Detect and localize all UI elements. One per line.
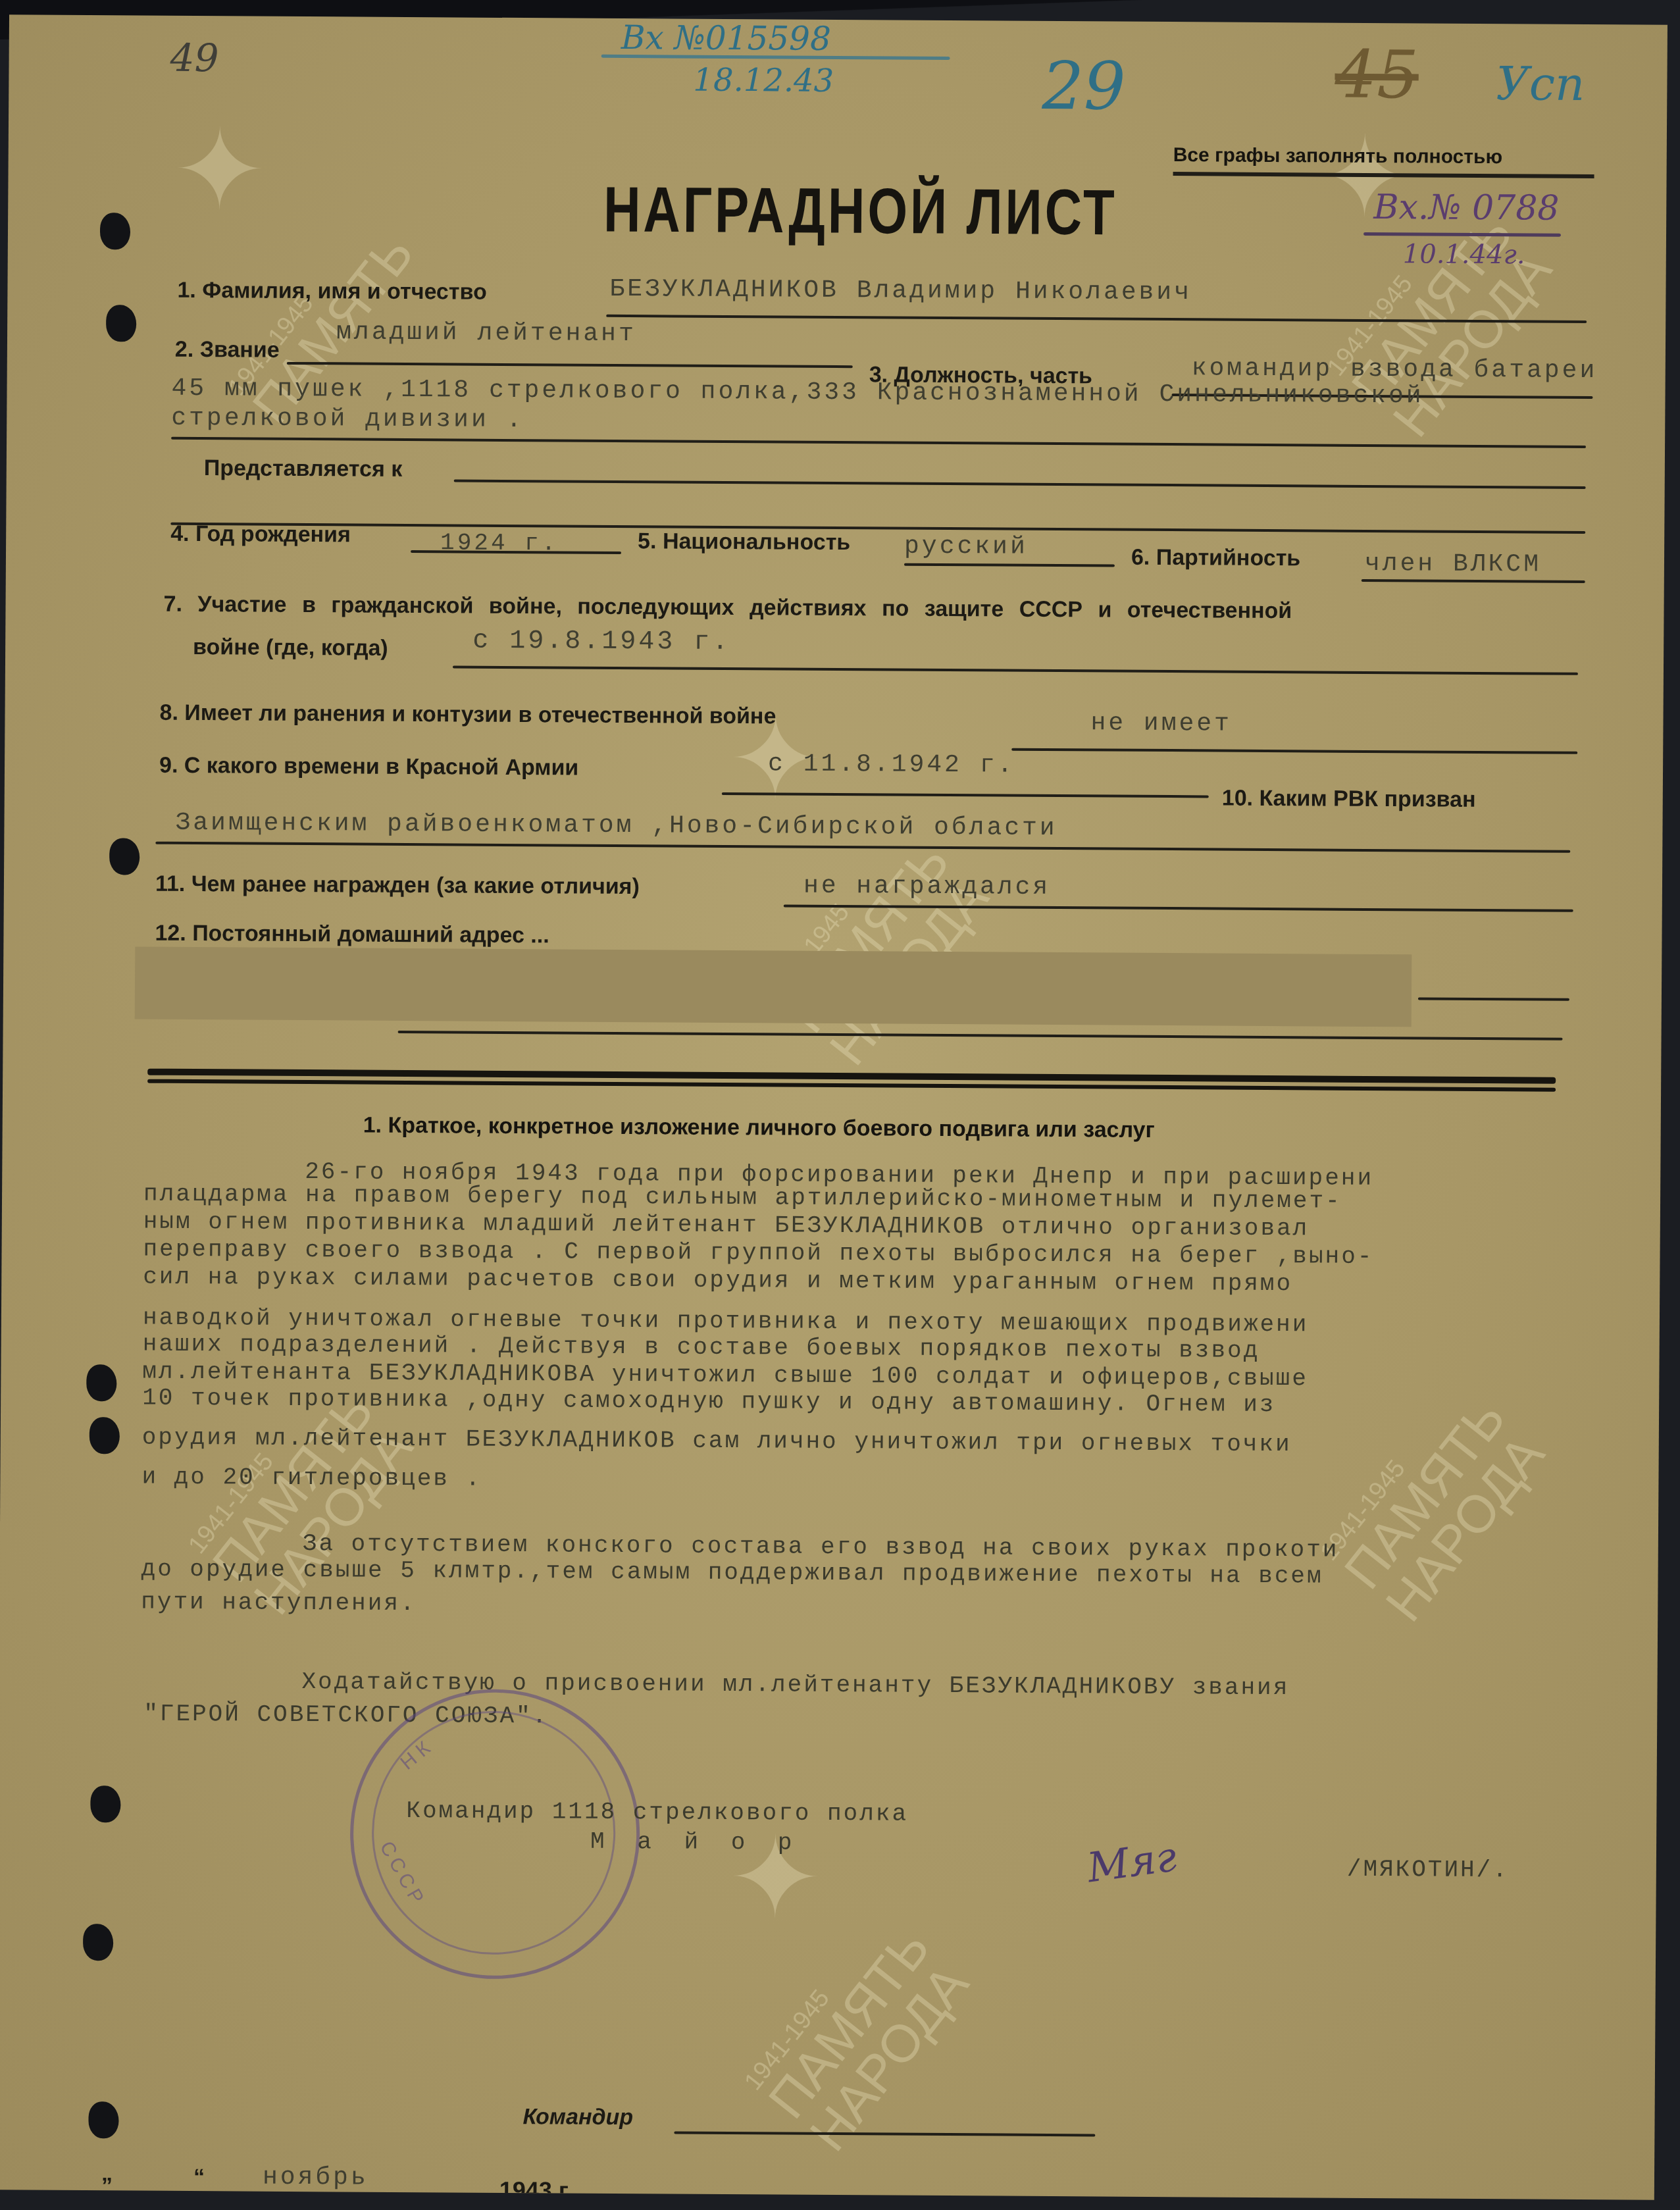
punch-hole — [106, 305, 136, 342]
watermark-star-icon: ✦ — [172, 115, 267, 227]
punch-hole — [89, 1417, 120, 1454]
registration-number-top: Вх №015598 — [621, 18, 831, 58]
field-label-home-address: 12. Постоянный домашний адрес ... — [155, 921, 549, 949]
field-value-position-cont: стрелковой дивизии . — [171, 404, 524, 434]
redacted-address-block — [135, 946, 1412, 1027]
punch-hole — [100, 213, 130, 249]
footer-signature-line — [674, 2132, 1095, 2137]
award-sheet: ✦ 1941-1945ПАМЯТЬ ✦ 1941-1945ПАМЯТЬНАРОД… — [0, 14, 1667, 2199]
field-rule — [398, 1031, 1563, 1041]
handwritten-number: 29 — [1042, 47, 1126, 125]
footer-month: ноябрь — [263, 2163, 369, 2192]
page-title: НАГРАДНОЙ ЛИСТ — [603, 172, 1117, 250]
field-label-party: 6. Партийность — [1131, 545, 1300, 572]
field-rule — [155, 842, 1570, 853]
fill-all-fields-notice: Все графы заполнять полностью — [1173, 144, 1503, 168]
field-value-party: член ВЛКСМ — [1365, 550, 1541, 579]
punch-hole — [83, 1924, 113, 1961]
registration-date-top: 18.12.43 — [693, 62, 834, 99]
field-value-wounds: не имеет — [1090, 709, 1232, 738]
field-value-drafted-by: Заимщенским райвоенкоматом ,Ново-Сибирск… — [175, 809, 1057, 842]
field-label-civil-war: 7. Участие в гражданской войне, последую… — [163, 592, 1292, 624]
field-label-previous-awards: 11. Чем ранее награжден (за какие отличи… — [155, 871, 640, 900]
signatory-rank: М а й о р — [590, 1828, 802, 1857]
field-value-nationality: русский — [904, 532, 1028, 561]
signatory-name: /МЯКОТИН/. — [1347, 1856, 1509, 1884]
field-label-drafted-by: 10. Каким РВК призван — [1222, 786, 1476, 813]
citation-line: пути наступления. — [141, 1589, 417, 1618]
field-rule — [1418, 997, 1569, 1000]
footer-month-line — [213, 2194, 496, 2199]
watermark: 1941-1945ПАМЯТЬНАРОДА — [1316, 1375, 1556, 1630]
registration-number-right: Вх.№ 0788 — [1373, 188, 1560, 228]
field-rule — [1362, 579, 1585, 583]
field-label-full-name: 1. Фамилия, имя и отчество — [177, 278, 486, 305]
registration-underline — [601, 55, 950, 60]
field-value-army-since: с 11.8.1942 г. — [768, 750, 1015, 779]
crossed-number: 45 — [1335, 36, 1419, 114]
punch-hole — [90, 1786, 120, 1822]
field-rule — [453, 665, 1578, 675]
footer-year: 1943 г. — [499, 2176, 573, 2200]
handwritten-signature: Мяг — [1084, 1832, 1179, 1891]
field-rule — [454, 479, 1586, 489]
punch-hole — [86, 1364, 116, 1401]
footer-commander-label: Командир — [522, 2104, 633, 2130]
field-rule — [170, 523, 1585, 534]
field-label-birth-year: 4. Год рождения — [170, 521, 351, 548]
page-number: 49 — [170, 36, 218, 80]
field-label-nationality: 5. Национальность — [638, 528, 850, 555]
citation-line: и до 20 гитлеровцев . — [141, 1464, 482, 1493]
field-rule — [904, 563, 1115, 567]
section-title: 1. Краткое, конкретное изложение личного… — [363, 1113, 1155, 1143]
field-rule — [171, 437, 1586, 448]
footer-date-quote: „ — [101, 2161, 113, 2186]
field-value-civil-war: с 19.8.1943 г. — [472, 627, 730, 657]
punch-hole — [109, 838, 140, 875]
field-label-army-since: 9. С какого времени в Красной Армии — [159, 753, 578, 781]
footer-date-quote: “ — [193, 2165, 205, 2190]
field-value-previous-awards: не награждался — [803, 872, 1051, 902]
punch-hole — [88, 2101, 118, 2138]
field-value-full-name: БЕЗУКЛАДНИКОВ Владимир Николаевич — [609, 275, 1192, 307]
field-label-presented-to: Представляется к — [204, 455, 403, 482]
field-value-rank: младший лейтенант — [336, 318, 636, 348]
registration-date-right: 10.1.44г. — [1403, 239, 1525, 270]
field-label-wounds: 8. Имеет ли ранения и контузии в отечест… — [159, 700, 776, 730]
field-rule — [1011, 748, 1577, 754]
handwritten-initial: Усп — [1496, 57, 1585, 111]
field-label-rank: 2. Звание — [175, 337, 280, 363]
field-rule — [287, 362, 853, 368]
field-label-civil-war-where: войне (где, когда) — [193, 634, 388, 661]
signatory-title: Командир 1118 стрелкового полка — [406, 1797, 908, 1828]
footer-day-line — [121, 2191, 193, 2194]
watermark: 1941-1945ПАМЯТЬНАРОДА — [740, 1905, 980, 2160]
